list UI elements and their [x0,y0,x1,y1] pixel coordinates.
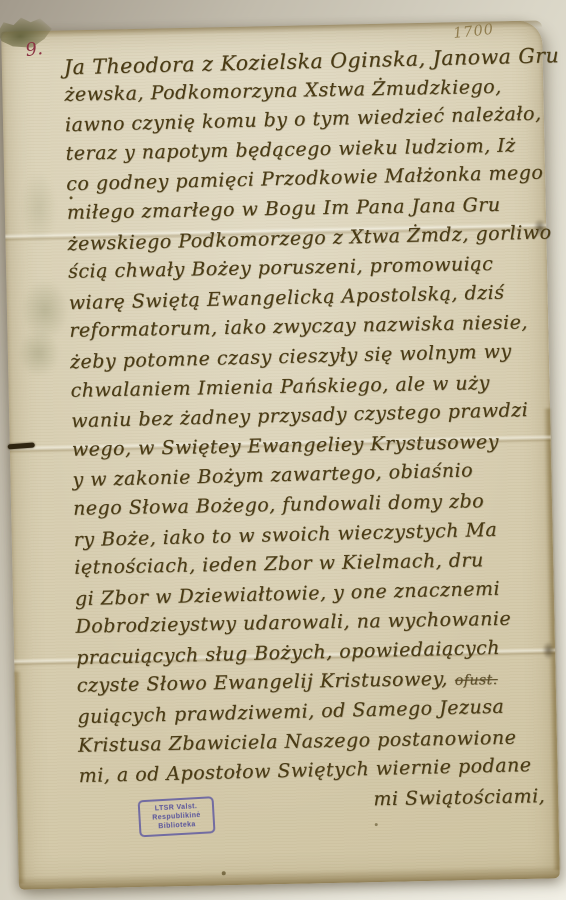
library-stamp: LTSR Valst. Respublikinė Biblioteka [138,796,216,837]
document-scan: 9. 1700 Ja Theodora z Kozielska Oginska,… [0,0,566,900]
manuscript-page: 9. 1700 Ja Theodora z Kozielska Oginska,… [1,20,560,889]
ink-bleed-through [17,329,60,378]
manuscript-line-text: czyste Słowo Ewangelij Kristusowey, [77,668,448,697]
ink-speck [375,823,378,826]
year-annotation: 1700 [452,22,494,42]
struck-word: ofust. [455,672,498,689]
ink-bleed-through [20,171,58,246]
manuscript-text: Ja Theodora z Kozielska Oginska, Janowa … [64,45,548,824]
paper-edge-bottom [19,865,560,889]
ink-speck [222,871,226,875]
archival-number: 9. [24,38,44,61]
edge-stain-left [14,671,25,883]
